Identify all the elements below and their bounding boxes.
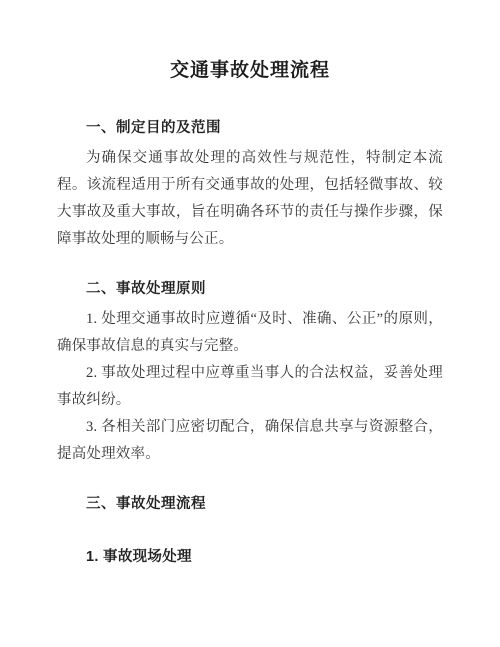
paragraph-principle-3: 3. 各相关部门应密切配合，确保信息共享与资源整合，提高处理效率。 [57,414,443,468]
section-heading-principles: 二、事故处理原则 [57,279,443,299]
document-title: 交通事故处理流程 [57,58,443,84]
paragraph-purpose-scope: 为确保交通事故处理的高效性与规范性，特制定本流程。该流程适用于所有交通事故的处理… [57,145,443,253]
document-page: 交通事故处理流程 一、制定目的及范围 为确保交通事故处理的高效性与规范性，特制定… [0,0,500,647]
section-heading-purpose-scope: 一、制定目的及范围 [57,118,443,138]
paragraph-principle-2: 2. 事故处理过程中应尊重当事人的合法权益，妥善处理事故纠纷。 [57,360,443,414]
paragraph-principle-1: 1. 处理交通事故时应遵循“及时、准确、公正”的原则，确保事故信息的真实与完整。 [57,306,443,360]
subsection-heading-scene-handling: 1. 事故现场处理 [57,547,443,567]
section-principles: 二、事故处理原则 1. 处理交通事故时应遵循“及时、准确、公正”的原则，确保事故… [57,279,443,468]
section-heading-process: 三、事故处理流程 [57,494,443,514]
section-process: 三、事故处理流程 1. 事故现场处理 [57,494,443,567]
section-purpose-scope: 一、制定目的及范围 为确保交通事故处理的高效性与规范性，特制定本流程。该流程适用… [57,118,443,253]
